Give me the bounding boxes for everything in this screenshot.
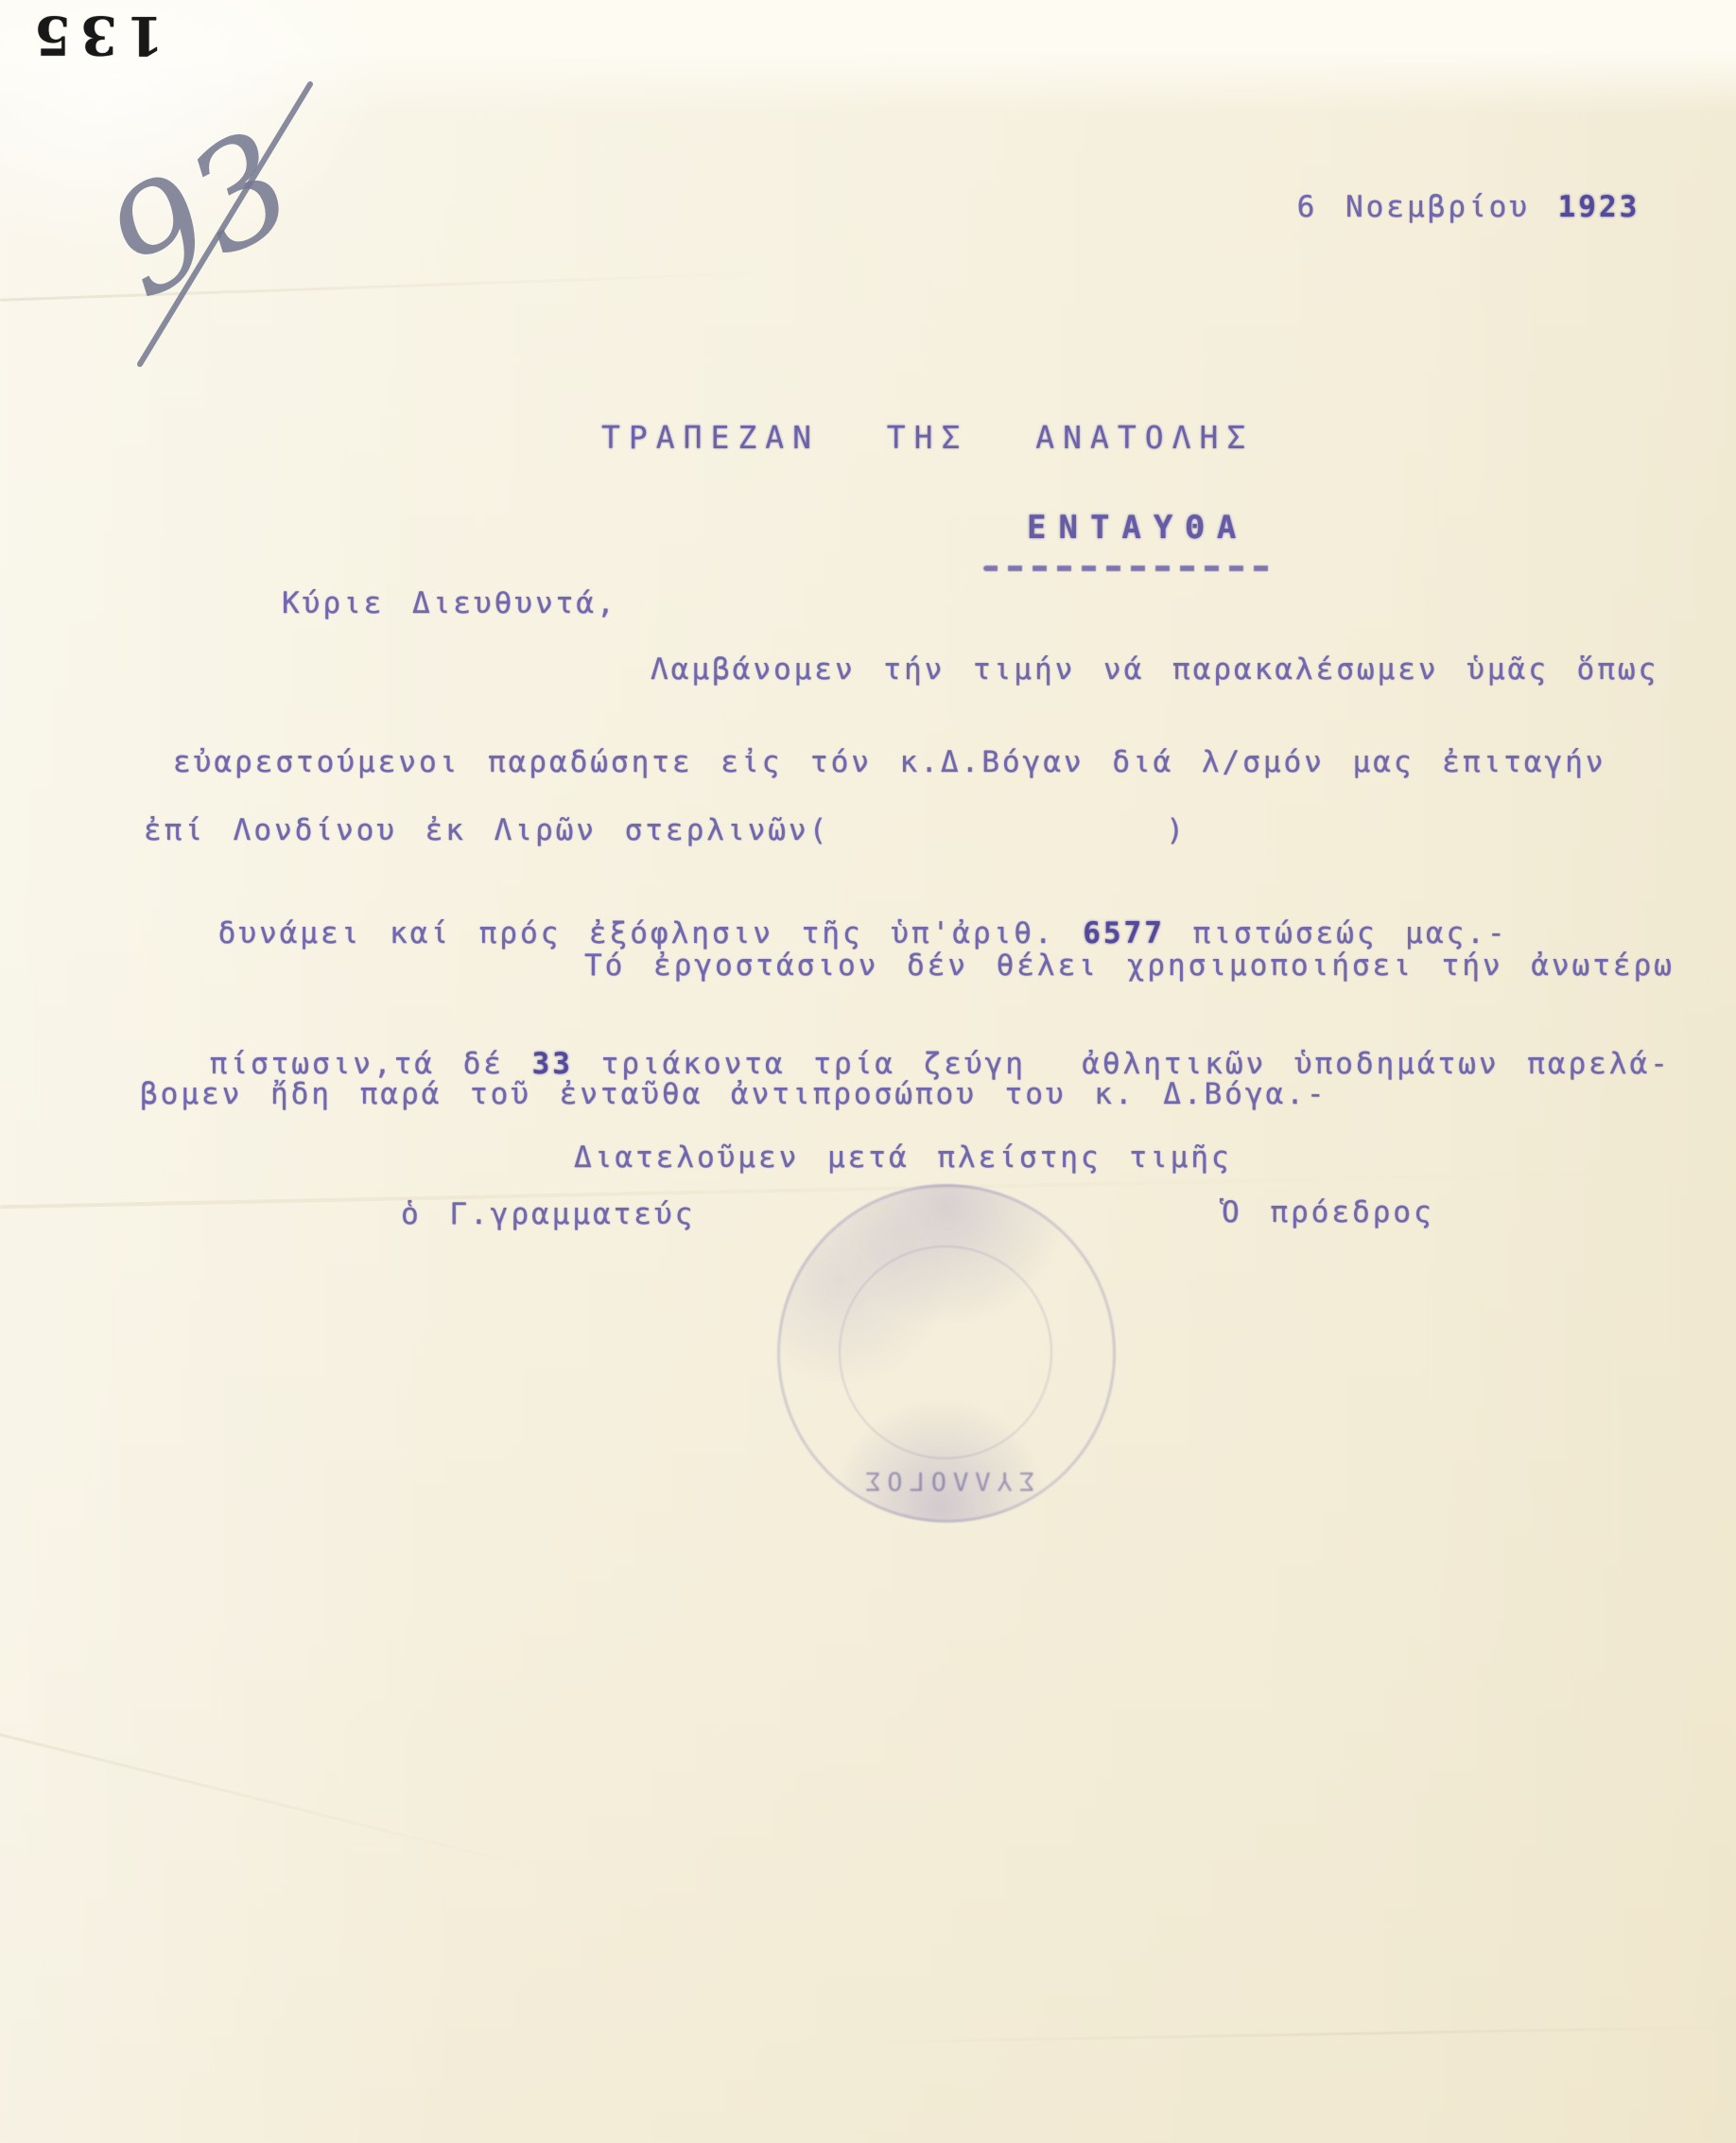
body-text: τριάκοντα τρία ζεύγη ἀθλητικῶν ὑποδημάτω… xyxy=(573,1047,1671,1081)
body-line: Λαμβάνομεν τήν τιμήν νά παρακαλέσωμεν ὑμ… xyxy=(651,653,1658,687)
pencil-93-digits: 93 xyxy=(95,100,320,330)
paper-crease xyxy=(0,1716,577,1879)
circular-ink-seal: ΣΥΛΛΟΓΟΣ xyxy=(777,1184,1116,1523)
body-line: βομεν ἤδη παρά τοῦ ἐνταῦθα ἀντιπροσώπου … xyxy=(140,1077,1328,1111)
paper-crease xyxy=(851,2026,1736,2044)
quantity-number: 33 xyxy=(532,1047,573,1081)
salutation: Κύριε Διευθυντά, xyxy=(282,586,617,620)
body-text: πίστωσιν,τά δέ xyxy=(210,1047,532,1081)
signature-title-president: Ὁ πρόεδρος xyxy=(1222,1195,1434,1229)
credit-number: 6577 xyxy=(1083,916,1165,950)
dashed-underline xyxy=(983,566,1275,571)
seal-rim-text: ΣΥΛΛΟΓΟΣ xyxy=(859,1466,1034,1495)
pencil-93-slash-drawing: 93 xyxy=(95,71,340,374)
body-line: ἐπί Λονδίνου ἐκ Λιρῶν στερλινῶν( ) xyxy=(144,813,1187,847)
closing-formula: Διατελοῦμεν μετά πλείστης τιμῆς xyxy=(574,1141,1232,1175)
body-text: δυνάμει καί πρός ἐξόφλησιν τῆς ὑπ'ἀριθ. xyxy=(218,916,1084,950)
recipient-location: ΕΝΤΑΥΘΑ xyxy=(1027,509,1248,547)
handwritten-registry-number: 93 xyxy=(95,71,340,374)
scanned-letter-page: 135 93 6 Νοεμβρίου 1923 ΤΡΑΠΕΖΑΝ ΤΗΣ ΑΝΑ… xyxy=(0,0,1736,2143)
seal-inner-ring xyxy=(839,1246,1052,1459)
signature-title-secretary: ὁ Γ.γραμματεύς xyxy=(401,1197,695,1231)
body-line: Τό ἐργοστάσιον δέν θέλει χρησιμοποιήσει … xyxy=(584,949,1675,983)
letter-date-day-month: 6 Νοεμβρίου xyxy=(1297,190,1558,224)
archival-page-number-stamp: 135 xyxy=(25,4,164,66)
letter-date: 6 Νοεμβρίου 1923 xyxy=(1185,156,1640,258)
letter-date-year: 1923 xyxy=(1558,190,1641,224)
recipient-name: ΤΡΑΠΕΖΑΝ ΤΗΣ ΑΝΑΤΟΛΗΣ xyxy=(601,419,1254,456)
body-line: εὐαρεστούμενοι παραδώσητε εἰς τόν κ.Δ.Βό… xyxy=(173,745,1606,779)
body-text: πιστώσεώς μας.- xyxy=(1165,916,1508,950)
